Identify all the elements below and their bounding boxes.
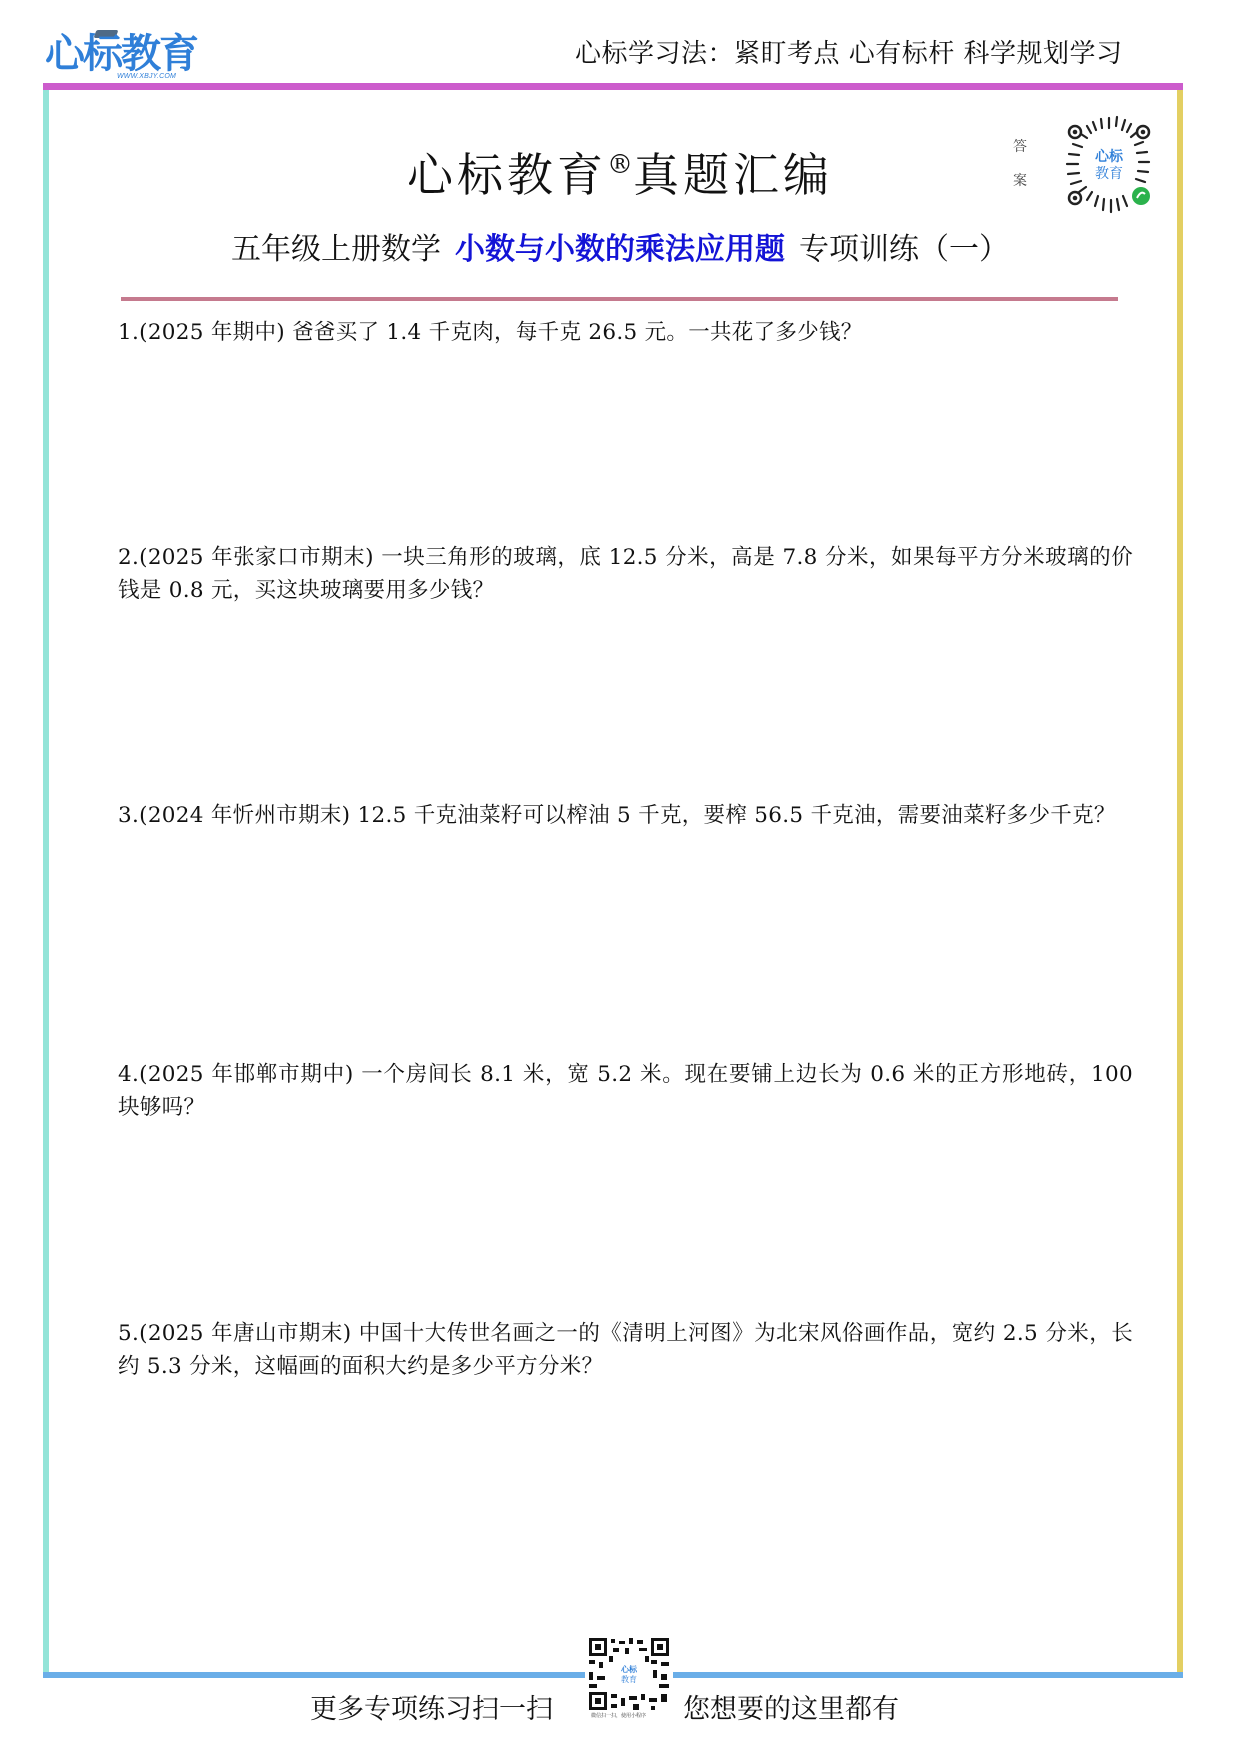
answer-label-char-2: 案: [1010, 164, 1030, 198]
subtitle: 五年级上册数学小数与小数的乘法应用题专项训练（一）: [120, 228, 1120, 272]
question-text: 12.5 千克油菜籽可以榨油 5 千克，要榨 56.5 千克油，需要油菜籽多少千…: [350, 803, 1115, 828]
question-number: 1.: [118, 320, 139, 345]
question-source: (2025 年唐山市期末): [139, 1321, 351, 1346]
mini-program-code-icon: 心标 教育: [1053, 112, 1165, 220]
footer-qr-code[interactable]: 心标 教育 微信扫一扫，使用小程序: [585, 1636, 673, 1720]
question-number: 5.: [118, 1321, 139, 1346]
brand-logo: 心标教育 WWW.XBJY.COM: [45, 30, 205, 84]
question-3: 3.(2024 年忻州市期末) 12.5 千克油菜籽可以榨油 5 千克，要榨 5…: [118, 799, 1133, 832]
subtitle-suffix: 专项训练（一）: [799, 232, 1009, 267]
question-source: (2024 年忻州市期末): [139, 803, 350, 828]
question-1: 1.(2025 年期中) 爸爸买了 1.4 千克肉，每千克 26.5 元。一共花…: [118, 316, 1133, 349]
question-number: 3.: [118, 803, 139, 828]
qr-center-text-2: 教育: [1095, 165, 1123, 182]
footer-qr-caption: 微信扫一扫，使用小程序: [591, 1712, 671, 1719]
logo-text: 心标教育: [45, 30, 197, 78]
subtitle-topic: 小数与小数的乘法应用题: [455, 232, 785, 267]
question-number: 2.: [118, 545, 139, 570]
qr-code-icon: 心标 教育: [585, 1636, 673, 1712]
question-2: 2.(2025 年张家口市期末) 一块三角形的玻璃，底 12.5 分米，高是 7…: [118, 541, 1133, 607]
title-suffix: 真题汇编: [633, 148, 833, 202]
logo-url: WWW.XBJY.COM: [117, 73, 176, 80]
footer-right-text: 您想要的这里都有: [683, 1690, 943, 1730]
title-separator: [121, 297, 1118, 301]
question-text: 爸爸买了 1.4 千克肉，每千克 26.5 元。一共花了多少钱？: [285, 320, 863, 345]
top-border-bar: [43, 83, 1183, 90]
footer-qr-center-1: 心标: [620, 1664, 638, 1674]
footer-qr-center-2: 教育: [621, 1674, 637, 1684]
left-border-bar: [43, 90, 49, 1678]
qr-center-text-1: 心标: [1095, 148, 1124, 165]
title-main: 心标教育: [407, 148, 607, 202]
footer-left-text: 更多专项练习扫一扫: [310, 1690, 580, 1730]
header-tagline: 心标学习法：紧盯考点 心有标杆 科学规划学习: [575, 36, 1195, 72]
right-border-bar: [1177, 90, 1183, 1678]
registered-mark: ®: [607, 150, 633, 180]
answer-qr-code[interactable]: 心标 教育: [1053, 112, 1165, 220]
question-source: (2025 年张家口市期末): [139, 545, 374, 570]
question-5: 5.(2025 年唐山市期末) 中国十大传世名画之一的《清明上河图》为北宋风俗画…: [118, 1317, 1133, 1383]
answer-label-char-1: 答: [1010, 130, 1030, 164]
page-title: 心标教育®真题汇编: [380, 135, 860, 205]
question-number: 4.: [118, 1062, 139, 1087]
question-source: (2025 年邯郸市期中): [139, 1062, 354, 1087]
subtitle-grade: 五年级上册数学: [231, 232, 441, 267]
question-4: 4.(2025 年邯郸市期中) 一个房间长 8.1 米，宽 5.2 米。现在要铺…: [118, 1058, 1133, 1124]
answer-label: 答 案: [1010, 130, 1030, 198]
question-source: (2025 年期中): [139, 320, 285, 345]
